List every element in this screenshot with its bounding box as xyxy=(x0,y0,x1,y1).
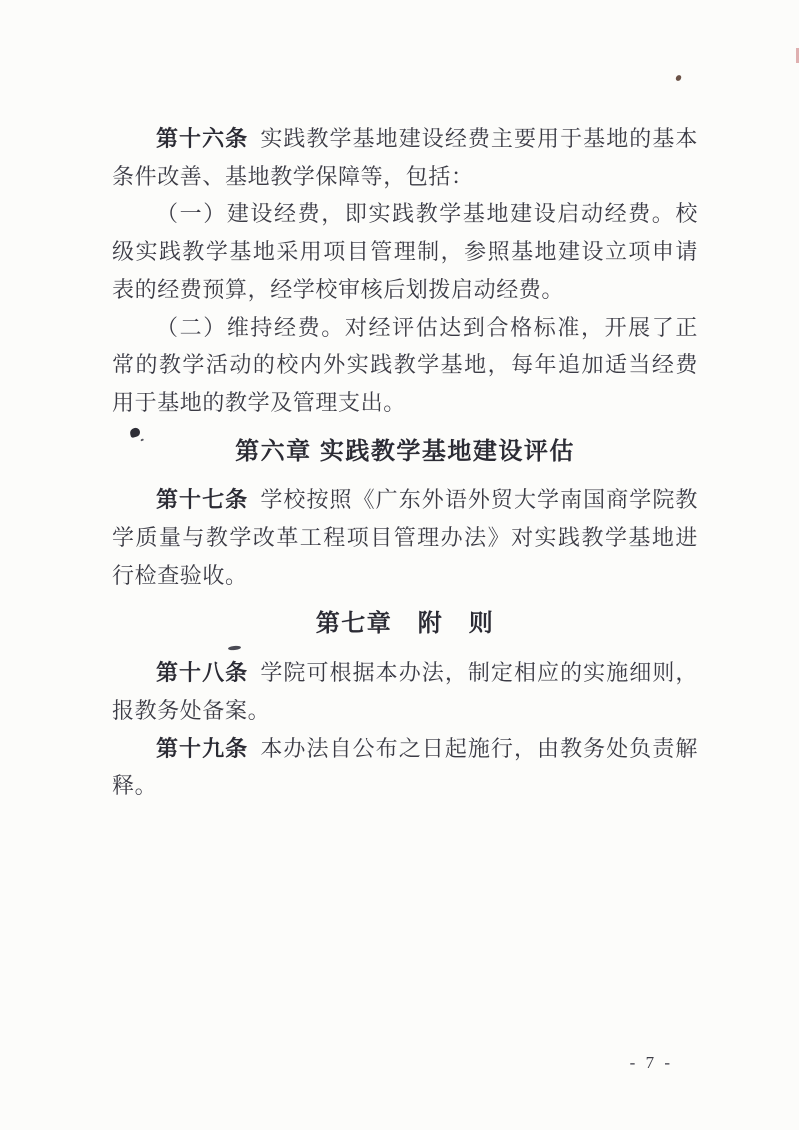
chapter-7-heading: 第七章 附 则 xyxy=(112,605,698,643)
page-number: - 7 - xyxy=(630,1053,673,1073)
article-17-paragraph: 第十七条学校按照《广东外语外贸大学南国商学院教学质量与教学改革工程项目管理办法》… xyxy=(112,481,698,594)
chapter-6-heading: 第六章 实践教学基地建设评估 xyxy=(112,433,698,471)
ink-speck-top-right xyxy=(675,74,682,81)
document-body: 第十六条实践教学基地建设经费主要用于基地的基本条件改善、基地教学保障等，包括： … xyxy=(112,120,698,805)
article-16-number: 第十六条 xyxy=(156,126,248,151)
item-2-paragraph: （二）维持经费。对经评估达到合格标准，开展了正常的教学活动的校内外实践教学基地，… xyxy=(112,309,698,422)
scanned-document-page: 第十六条实践教学基地建设经费主要用于基地的基本条件改善、基地教学保障等，包括： … xyxy=(0,0,799,1130)
article-18-paragraph: 第十八条学院可根据本办法，制定相应的实施细则，报教务处备案。 xyxy=(112,654,698,729)
article-19-paragraph: 第十九条本办法自公布之日起施行，由教务处负责解释。 xyxy=(112,730,698,805)
item-1-text: （一）建设经费，即实践教学基地建设启动经费。校级实践教学基地采用项目管理制，参照… xyxy=(112,201,698,301)
article-19-number: 第十九条 xyxy=(156,736,248,761)
item-1-paragraph: （一）建设经费，即实践教学基地建设启动经费。校级实践教学基地采用项目管理制，参照… xyxy=(112,195,698,308)
article-16-paragraph: 第十六条实践教学基地建设经费主要用于基地的基本条件改善、基地教学保障等，包括： xyxy=(112,120,698,195)
article-17-number: 第十七条 xyxy=(156,487,248,512)
article-18-number: 第十八条 xyxy=(156,660,248,685)
item-2-text: （二）维持经费。对经评估达到合格标准，开展了正常的教学活动的校内外实践教学基地，… xyxy=(112,315,698,415)
